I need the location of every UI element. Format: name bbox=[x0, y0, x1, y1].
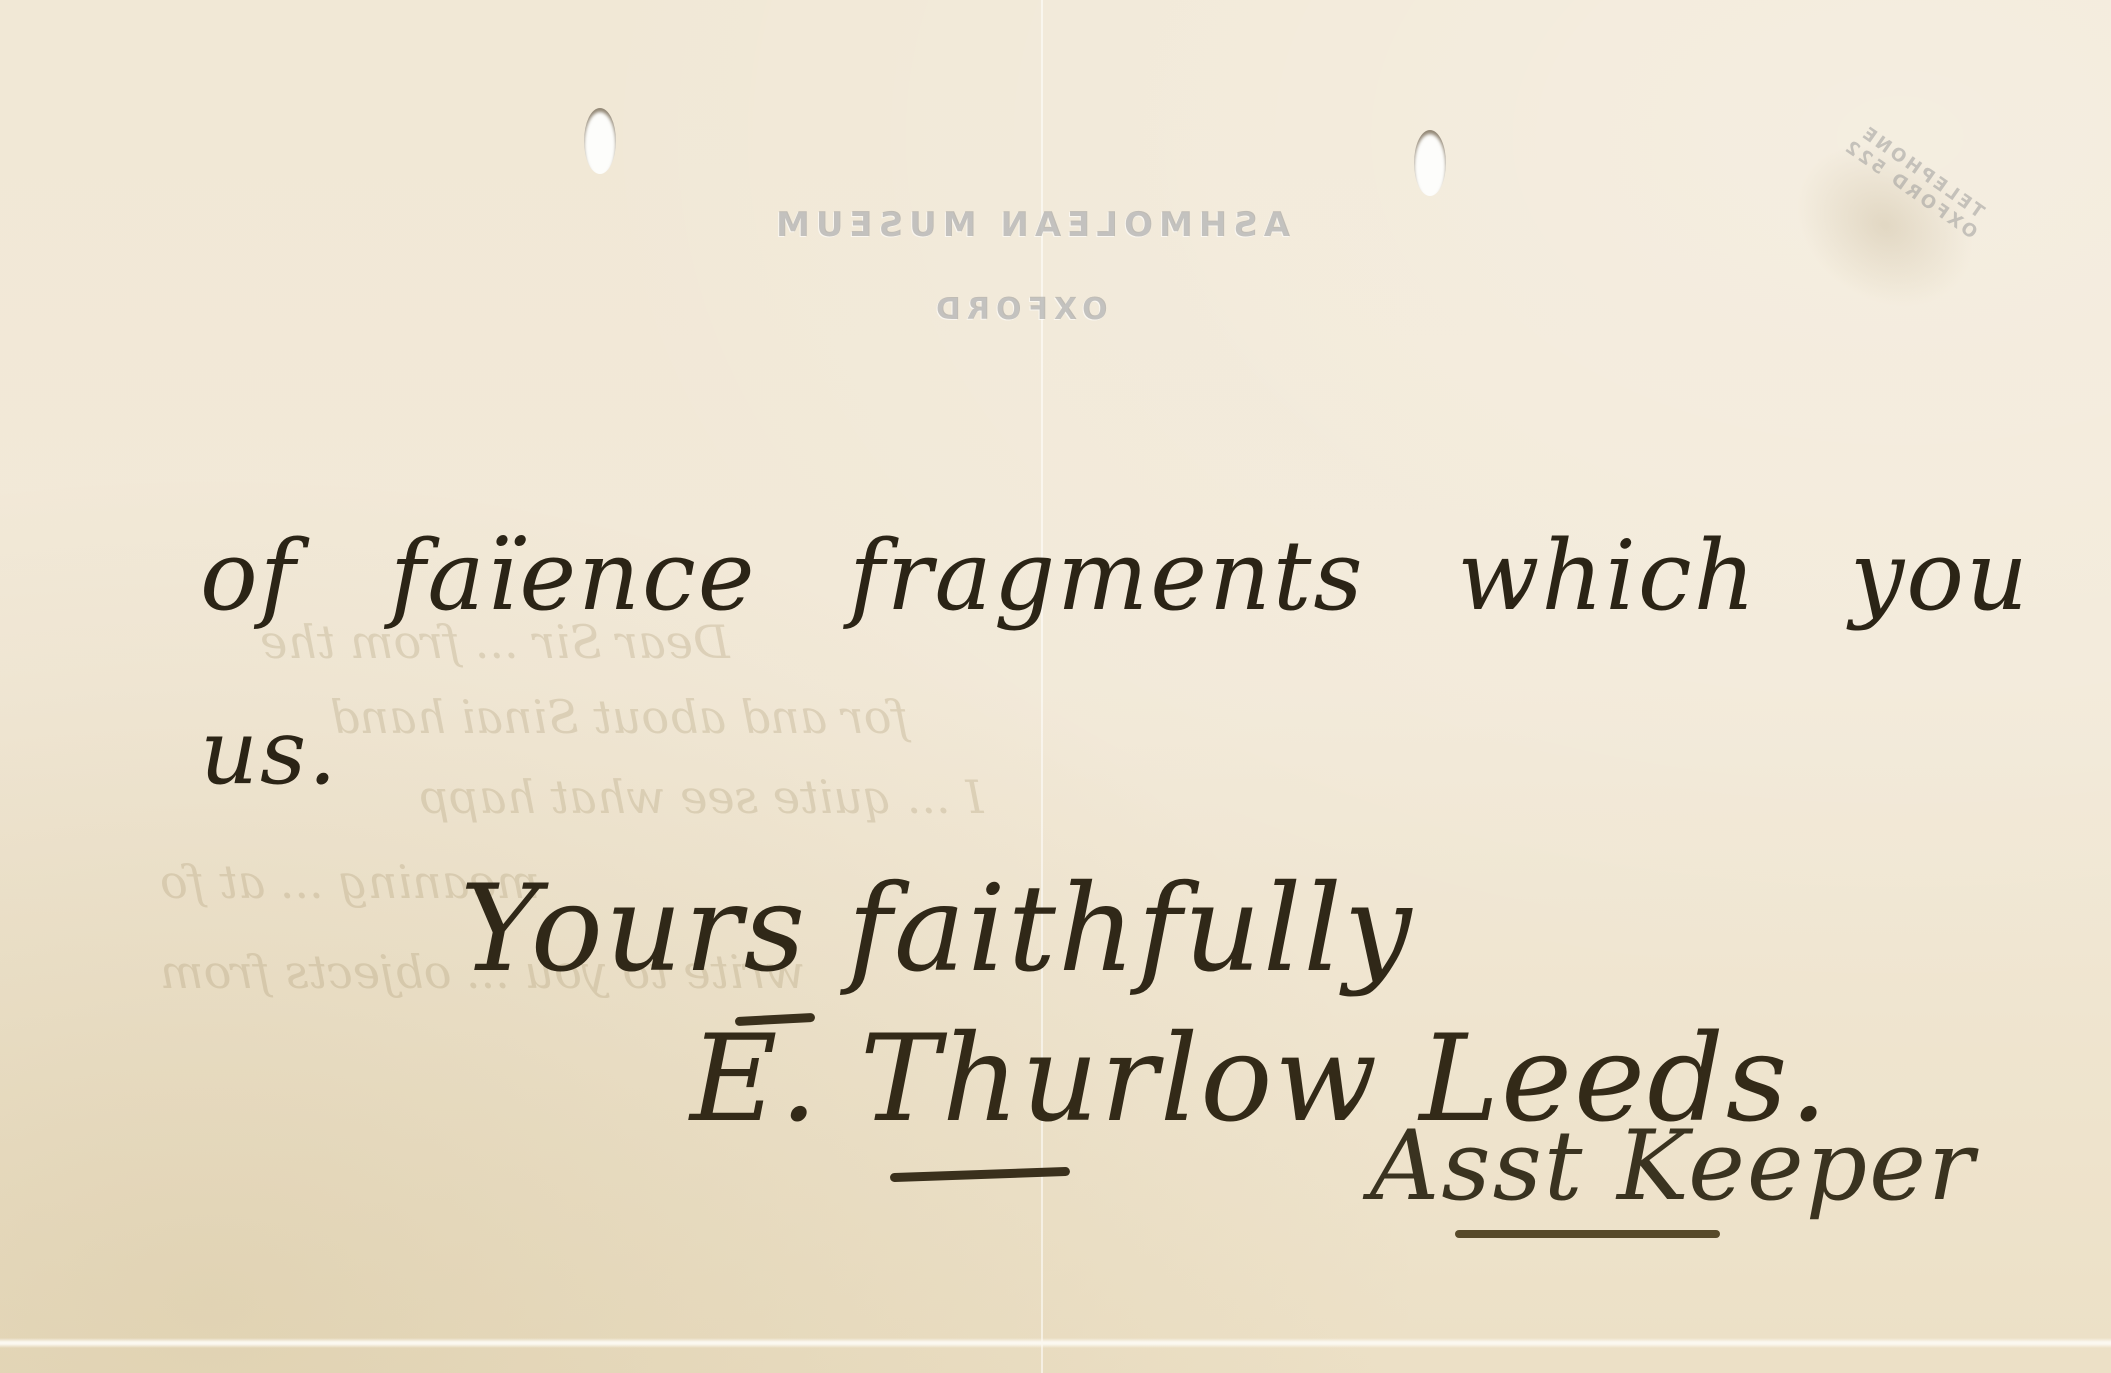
punch-hole-right bbox=[1414, 130, 1446, 196]
signatory-title-underline bbox=[1455, 1230, 1720, 1238]
bleed-through-line: I ... quite see what happ bbox=[420, 770, 984, 824]
letterhead-telephone-stamp: TELEPHONE OXFORD 522 bbox=[1764, 109, 2006, 341]
telephone-label: TELEPHONE bbox=[1838, 109, 2006, 235]
letter-body-line-2: us. bbox=[200, 700, 339, 805]
letterhead-city: OXFORD bbox=[930, 292, 1108, 327]
signatory-title: Asst Keeper bbox=[1370, 1110, 1976, 1222]
letter-body-line-1: of faïence fragments which you sent bbox=[200, 520, 2111, 632]
bleed-through-line: for and about Sinai hand bbox=[330, 690, 908, 744]
letter-closing: Yours faithfully bbox=[460, 860, 1414, 999]
telephone-number: OXFORD 522 bbox=[1826, 126, 1994, 252]
horizontal-crease bbox=[0, 1338, 2111, 1348]
letter-sheet: ASHMOLEAN MUSEUM OXFORD TELEPHONE OXFORD… bbox=[0, 0, 2111, 1373]
signature-underline bbox=[890, 1167, 1070, 1182]
letterhead-institution: ASHMOLEAN MUSEUM bbox=[770, 205, 1290, 245]
punch-hole-left bbox=[584, 108, 616, 174]
